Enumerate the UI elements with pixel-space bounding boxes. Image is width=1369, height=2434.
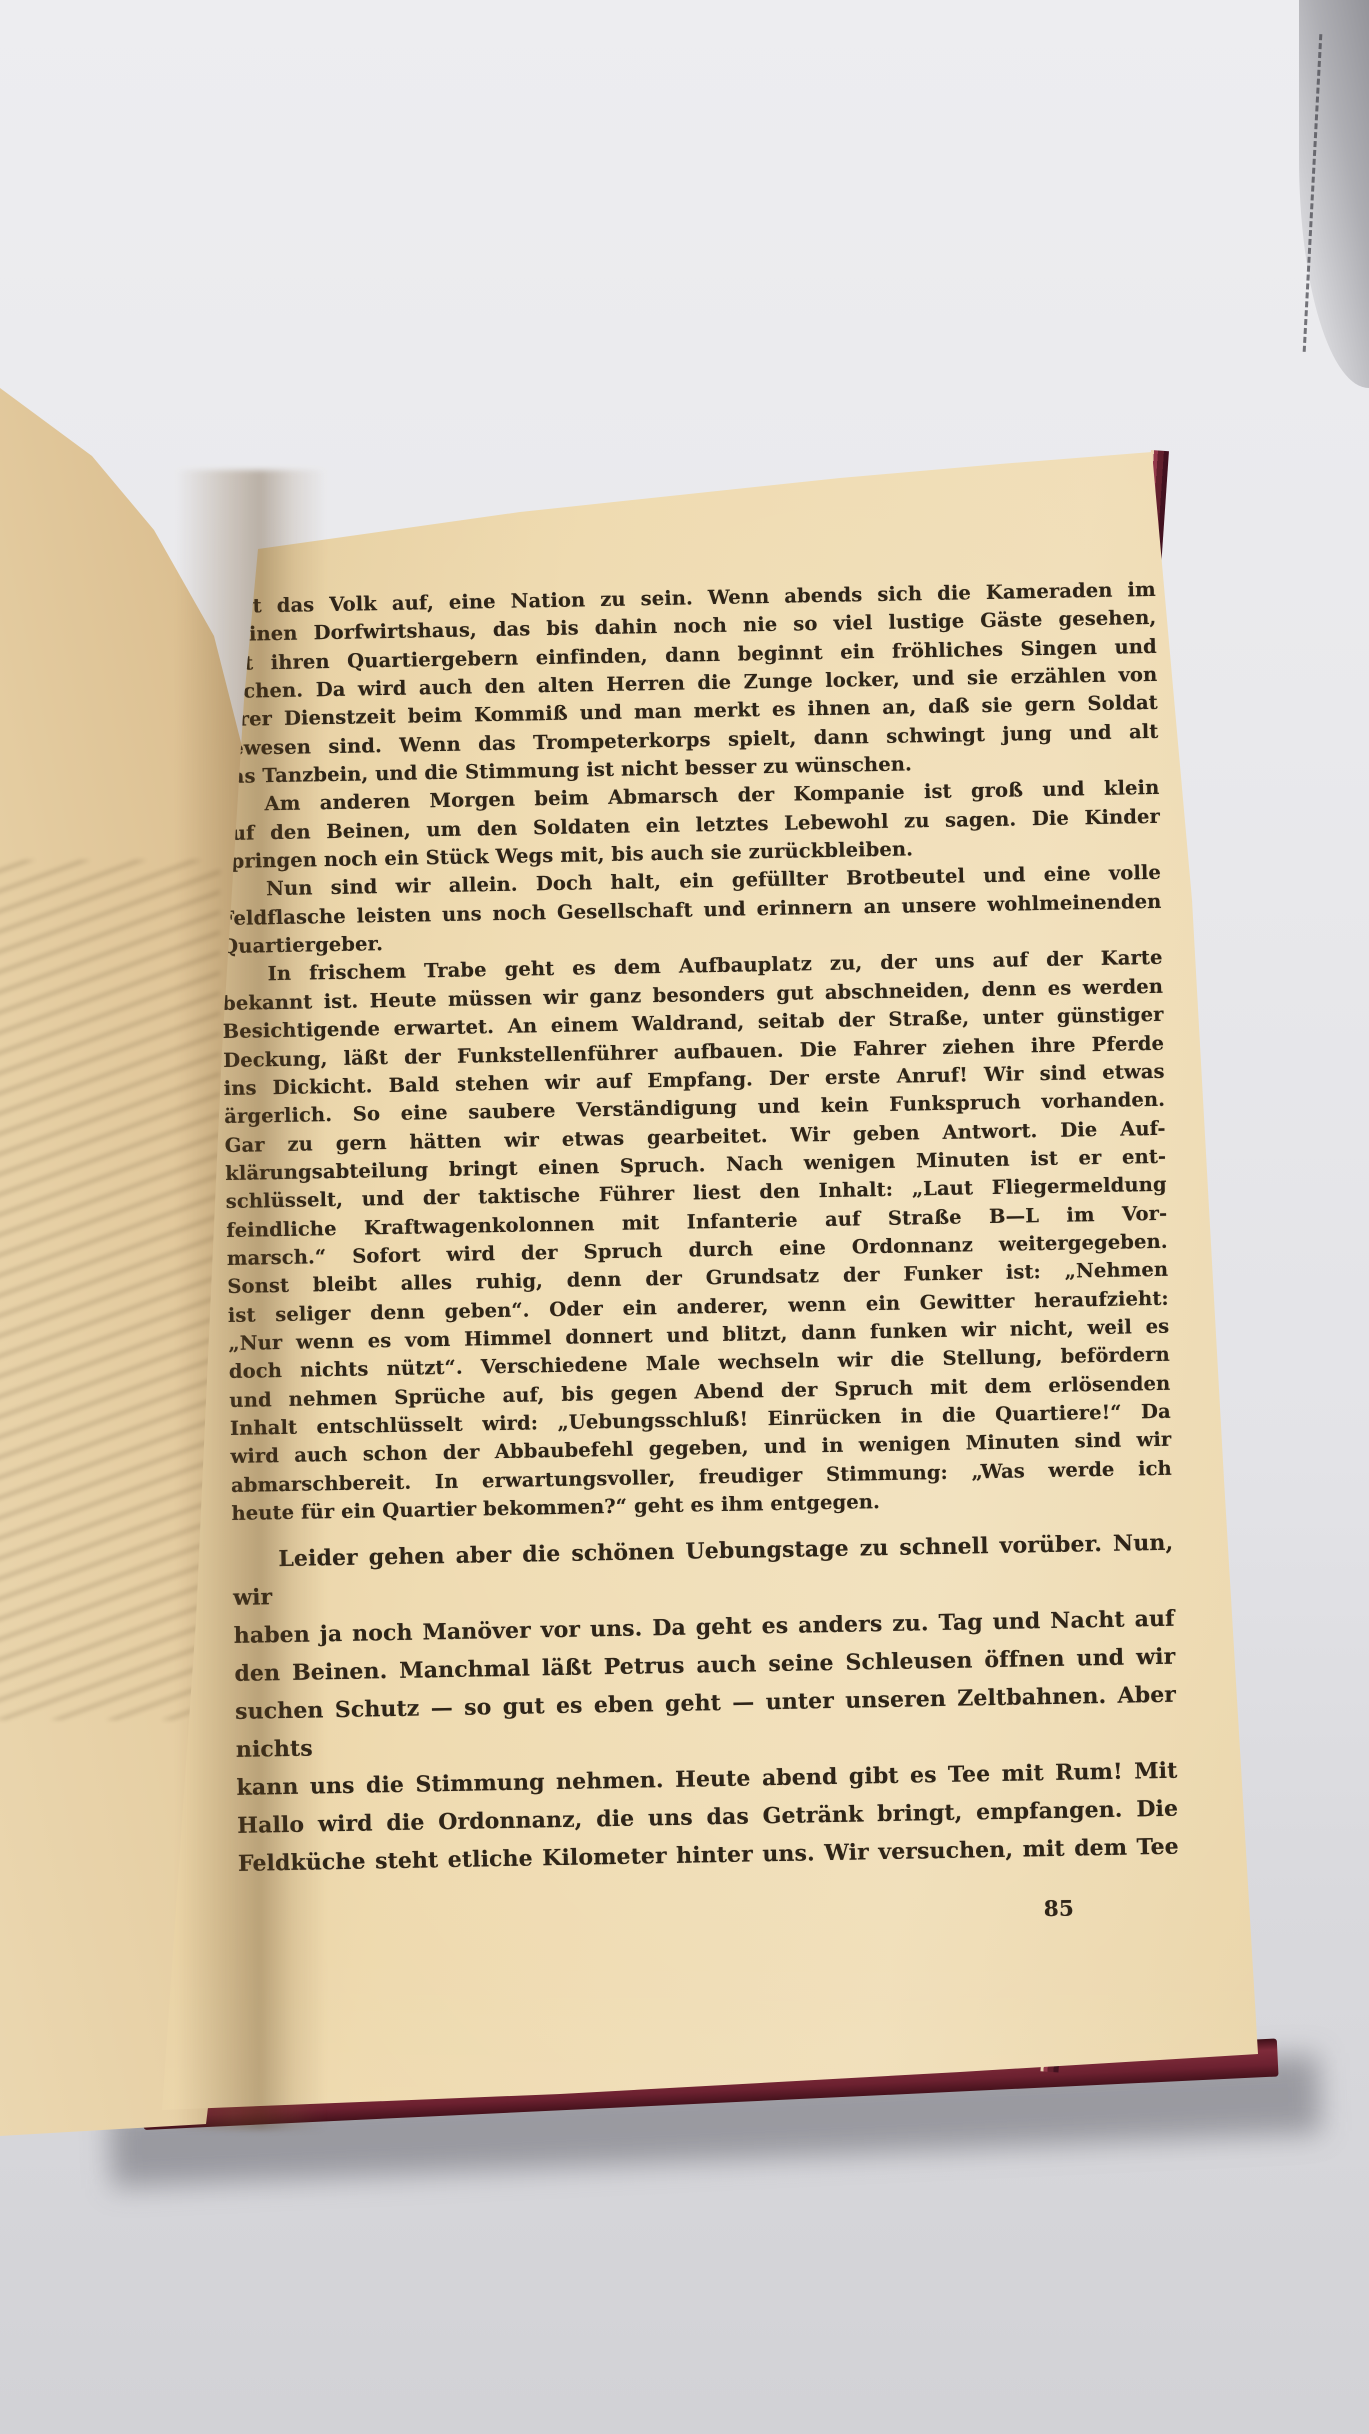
paragraph: Leider gehen aber die schönen Uebungstag… [232, 1524, 1179, 1883]
paragraph: In frischem Trabe geht es dem Aufbauplat… [221, 944, 1172, 1528]
backdrop-edge-band [1299, 0, 1369, 388]
book-photo-scene: hört das Volk auf, eine Nation zu sein. … [0, 0, 1369, 2434]
left-page-ghost-text [0, 860, 220, 1720]
page-number: 85 [239, 1895, 1180, 1937]
paragraph: hört das Volk auf, eine Nation zu sein. … [215, 576, 1159, 792]
page-content: hört das Volk auf, eine Nation zu sein. … [215, 576, 1180, 1937]
page-text: hört das Volk auf, eine Nation zu sein. … [215, 576, 1179, 1883]
